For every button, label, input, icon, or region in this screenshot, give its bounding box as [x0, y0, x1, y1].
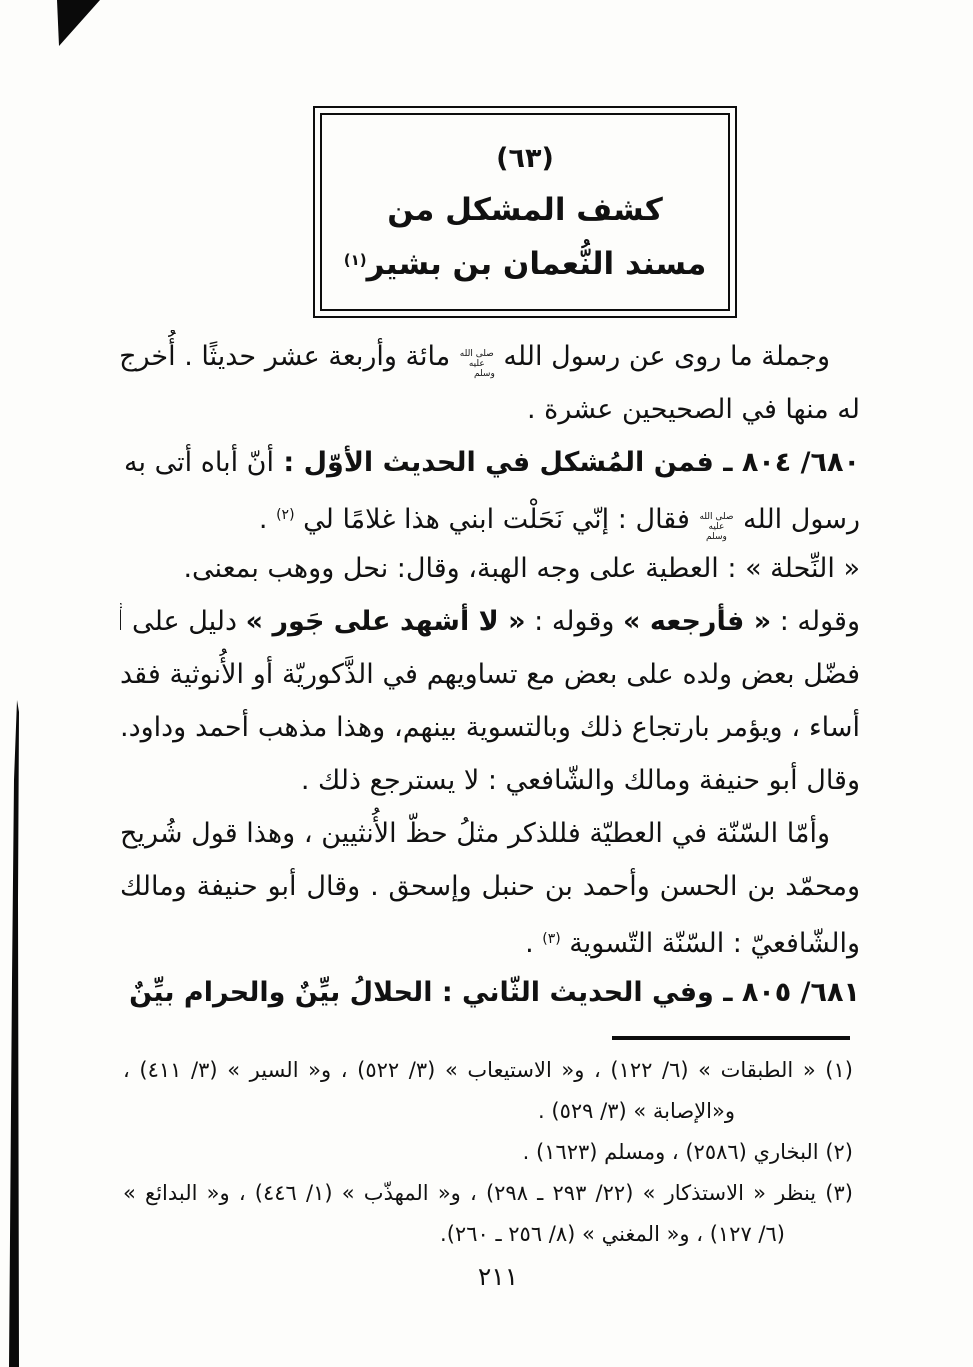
- text-segment: رسول الله: [734, 504, 860, 535]
- text-segment: ومحمّد بن الحسن وأحمد بن حنبل وإسحق . وق…: [120, 871, 860, 902]
- text-segment: وأمّا السّنّة في العطيّة فللذكر مثلُ حظّ…: [120, 818, 830, 849]
- chapter-title-box-inner-border: (٦٣) كشف المشكل من مسند النُّعمان بن بشي…: [320, 113, 730, 311]
- body-text-line: والشّافعيّ : السّنّة التّسوية (٣) .: [120, 913, 860, 966]
- footnotes-block: (١) « الطبقات » (٦/ ١٢٢) ، و« الاستيعاب …: [123, 1050, 853, 1255]
- body-text-line: رسول الله صلى الله عليه وسلم فقال : إنّي…: [120, 489, 860, 542]
- chapter-number: (٦٣): [496, 143, 554, 174]
- text-segment: « فأرجعه »: [623, 606, 771, 637]
- text-segment: وقال أبو حنيفة ومالك والشّافعي : لا يستر…: [301, 765, 860, 796]
- musnad-title-line: مسند النُّعمان بن بشير(١): [344, 246, 707, 282]
- footnote-separator-rule: [612, 1036, 850, 1040]
- text-segment: « النِّحلة » : العطية على وجه الهبة، وقا…: [183, 553, 860, 584]
- body-text-line: ومحمّد بن الحسن وأحمد بن حنبل وإسحق . وق…: [120, 860, 860, 913]
- text-segment: وقوله :: [526, 606, 623, 637]
- text-segment: (٣) ينظر « الاستذكار » (٢٢/ ٢٩٣ ـ ٢٩٨) ،…: [123, 1181, 853, 1205]
- scan-artifact-corner-triangle: [57, 0, 100, 46]
- book-title-line: كشف المشكل من: [387, 192, 662, 228]
- body-text-line: « النِّحلة » : العطية على وجه الهبة، وقا…: [120, 542, 860, 595]
- body-text-line: له منها في الصحيحين عشرة .: [120, 383, 860, 436]
- text-segment: أساء ، ويؤمر بارتجاع ذلك وبالتسوية بينهم…: [120, 712, 860, 743]
- footnote-line: (٦/ ١٢٧) ، و« المغني » (٨/ ٢٥٦ ـ ٢٦٠).: [123, 1214, 853, 1255]
- footnote-line: و«الإصابة » (٣/ ٥٢٩) .: [123, 1091, 853, 1132]
- text-segment: و«الإصابة » (٣/ ٥٢٩) .: [538, 1099, 735, 1123]
- text-segment: ٦٨١/ ٨٠٥ ـ وفي الحديث الثّاني : الحلالُ …: [120, 977, 860, 1008]
- text-segment: فقال : إنّي نَحَلْت ابني هذا غلامًا لي: [295, 504, 699, 535]
- body-text-line: وأمّا السّنّة في العطيّة فللذكر مثلُ حظّ…: [120, 807, 860, 860]
- body-text-line: أساء ، ويؤمر بارتجاع ذلك وبالتسوية بينهم…: [120, 701, 860, 754]
- text-segment: (٦/ ١٢٧) ، و« المغني » (٨/ ٢٥٦ ـ ٢٦٠).: [440, 1222, 785, 1246]
- text-segment: وجملة ما روى عن رسول الله: [495, 341, 830, 372]
- text-segment: وقوله :: [771, 606, 860, 637]
- text-segment: (١) « الطبقات » (٦/ ١٢٢) ، و« الاستيعاب …: [123, 1058, 853, 1082]
- footnote-ref: (٣): [542, 931, 560, 947]
- text-segment: والشّافعيّ : السّنّة التّسوية: [561, 928, 860, 959]
- text-segment: (٢) البخاري (٢٥٨٦) ، ومسلم (١٦٢٣) .: [523, 1140, 853, 1164]
- footnote-line: (٢) البخاري (٢٥٨٦) ، ومسلم (١٦٢٣) .: [123, 1132, 853, 1173]
- body-text-line: فضّل بعض ولده على بعض مع تساويهم في الذَ…: [120, 648, 860, 701]
- text-segment: « لا أشهد على جَور »: [246, 606, 526, 637]
- text-segment: مائة وأربعة عشر حديثًا . أُخرج: [120, 341, 459, 372]
- body-text-line: ٦٨١/ ٨٠٥ ـ وفي الحديث الثّاني : الحلالُ …: [120, 966, 860, 1019]
- body-text-line: ٦٨٠/ ٨٠٤ ـ فمن المُشكل في الحديث الأوّل …: [120, 436, 860, 489]
- text-segment: .: [259, 504, 276, 535]
- body-text-line: وجملة ما روى عن رسول الله صلى الله عليه …: [120, 330, 860, 383]
- chapter-title-box: (٦٣) كشف المشكل من مسند النُّعمان بن بشي…: [313, 106, 737, 318]
- text-segment: ٦٨٠/ ٨٠٤ ـ فمن المُشكل في الحديث الأوّل …: [274, 447, 860, 478]
- prophet-honorific-mark: صلى الله عليه وسلم: [459, 350, 495, 380]
- footnote-ref: (٢): [276, 507, 294, 523]
- text-segment: أنّ أباه أتى به إلى: [120, 447, 274, 478]
- page-number: ٢١١: [438, 1262, 558, 1291]
- text-segment: له منها في الصحيحين عشرة .: [527, 394, 860, 425]
- footnote-line: (١) « الطبقات » (٦/ ١٢٢) ، و« الاستيعاب …: [123, 1050, 853, 1091]
- text-segment: فضّل بعض ولده على بعض مع تساويهم في الذَ…: [120, 659, 860, 690]
- scanned-book-page: (٦٣) كشف المشكل من مسند النُّعمان بن بشي…: [0, 0, 973, 1367]
- footnote-ref-1: (١): [344, 251, 367, 269]
- prophet-honorific-mark: صلى الله عليه وسلم: [698, 513, 734, 542]
- body-text-line: وقال أبو حنيفة ومالك والشّافعي : لا يستر…: [120, 754, 860, 807]
- scan-artifact-left-edge-line: [9, 700, 19, 1367]
- text-segment: دليل على أنّه إذا: [120, 606, 246, 637]
- body-text-line: وقوله : « فأرجعه » وقوله : « لا أشهد على…: [120, 595, 860, 648]
- footnote-line: (٣) ينظر « الاستذكار » (٢٢/ ٢٩٣ ـ ٢٩٨) ،…: [123, 1173, 853, 1214]
- musnad-title-text: مسند النُّعمان بن بشير: [367, 246, 707, 282]
- body-text-block: وجملة ما روى عن رسول الله صلى الله عليه …: [120, 330, 860, 1019]
- text-segment: .: [525, 928, 542, 959]
